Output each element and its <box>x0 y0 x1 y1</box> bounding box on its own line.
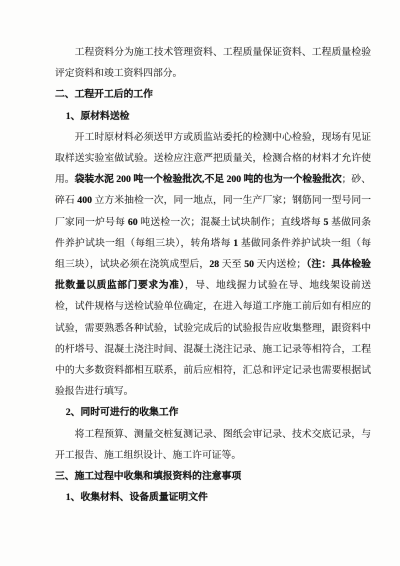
subsection-3-1-heading: 1、收集材料、设备质量证明文件 <box>55 487 371 508</box>
section-3-heading: 三、施工过程中收集和填报资料的注意事项 <box>55 466 371 487</box>
document-text: 工程资料分为施工技术管理资料、工程质量保证资料、工程质量检验评定资料和竣工资料四… <box>55 42 371 508</box>
bold-text-run: 二、工程开工后的工作 <box>55 89 153 100</box>
document-page: 工程资料分为施工技术管理资料、工程质量保证资料、工程质量检验评定资料和竣工资料四… <box>0 0 400 566</box>
bold-text-run: 袋装水泥 200 吨一个检验批次,不足 200 吨的也为一个检验批次 <box>75 174 342 185</box>
bold-text-run: 50 <box>244 259 254 270</box>
bold-text-run: 28 <box>209 259 219 270</box>
text-run: ，导、地线握力试验在导、地线架设前送检，试件规格与送检试验单位确定，在进入每道工… <box>55 280 371 397</box>
intro-paragraph: 工程资料分为施工技术管理资料、工程质量保证资料、工程质量检验评定资料和竣工资料四… <box>55 42 371 84</box>
bold-text-run: 400 <box>77 195 92 206</box>
bold-text-run: 1、收集材料、设备质量证明文件 <box>66 492 208 503</box>
section-2-heading: 二、工程开工后的工作 <box>55 84 371 105</box>
subsection-2-2-heading: 2、同时可进行的收集工作 <box>55 402 371 423</box>
text-run: 将工程预算、测量交桩复测记录、图纸会审记录、技术交底记录，与开工报告、施工组织设… <box>55 429 371 461</box>
bold-text-run: 2、同时可进行的收集工作 <box>66 407 179 418</box>
bold-text-run: 60 <box>128 217 138 228</box>
text-run: 吨送检一次；混凝土试块制作；直线塔每 <box>138 217 324 228</box>
subsection-2-1-heading: 1、原材料送检 <box>55 106 371 127</box>
material-inspection-paragraph: 开工时原材料必须送甲方或质监站委托的检测中心检验，现场有见证取样送实验室做试验。… <box>55 127 371 403</box>
collection-paragraph: 将工程预算、测量交桩复测记录、图纸会审记录、技术交底记录，与开工报告、施工组织设… <box>55 424 371 466</box>
text-run: 工程资料分为施工技术管理资料、工程质量保证资料、工程质量检验评定资料和竣工资料四… <box>55 47 371 79</box>
bold-text-run: 1、原材料送检 <box>66 111 130 122</box>
text-run: 天内送检； <box>254 259 306 270</box>
text-run: 天至 <box>219 259 244 270</box>
bold-text-run: 三、施工过程中收集和填报资料的注意事项 <box>55 471 241 482</box>
